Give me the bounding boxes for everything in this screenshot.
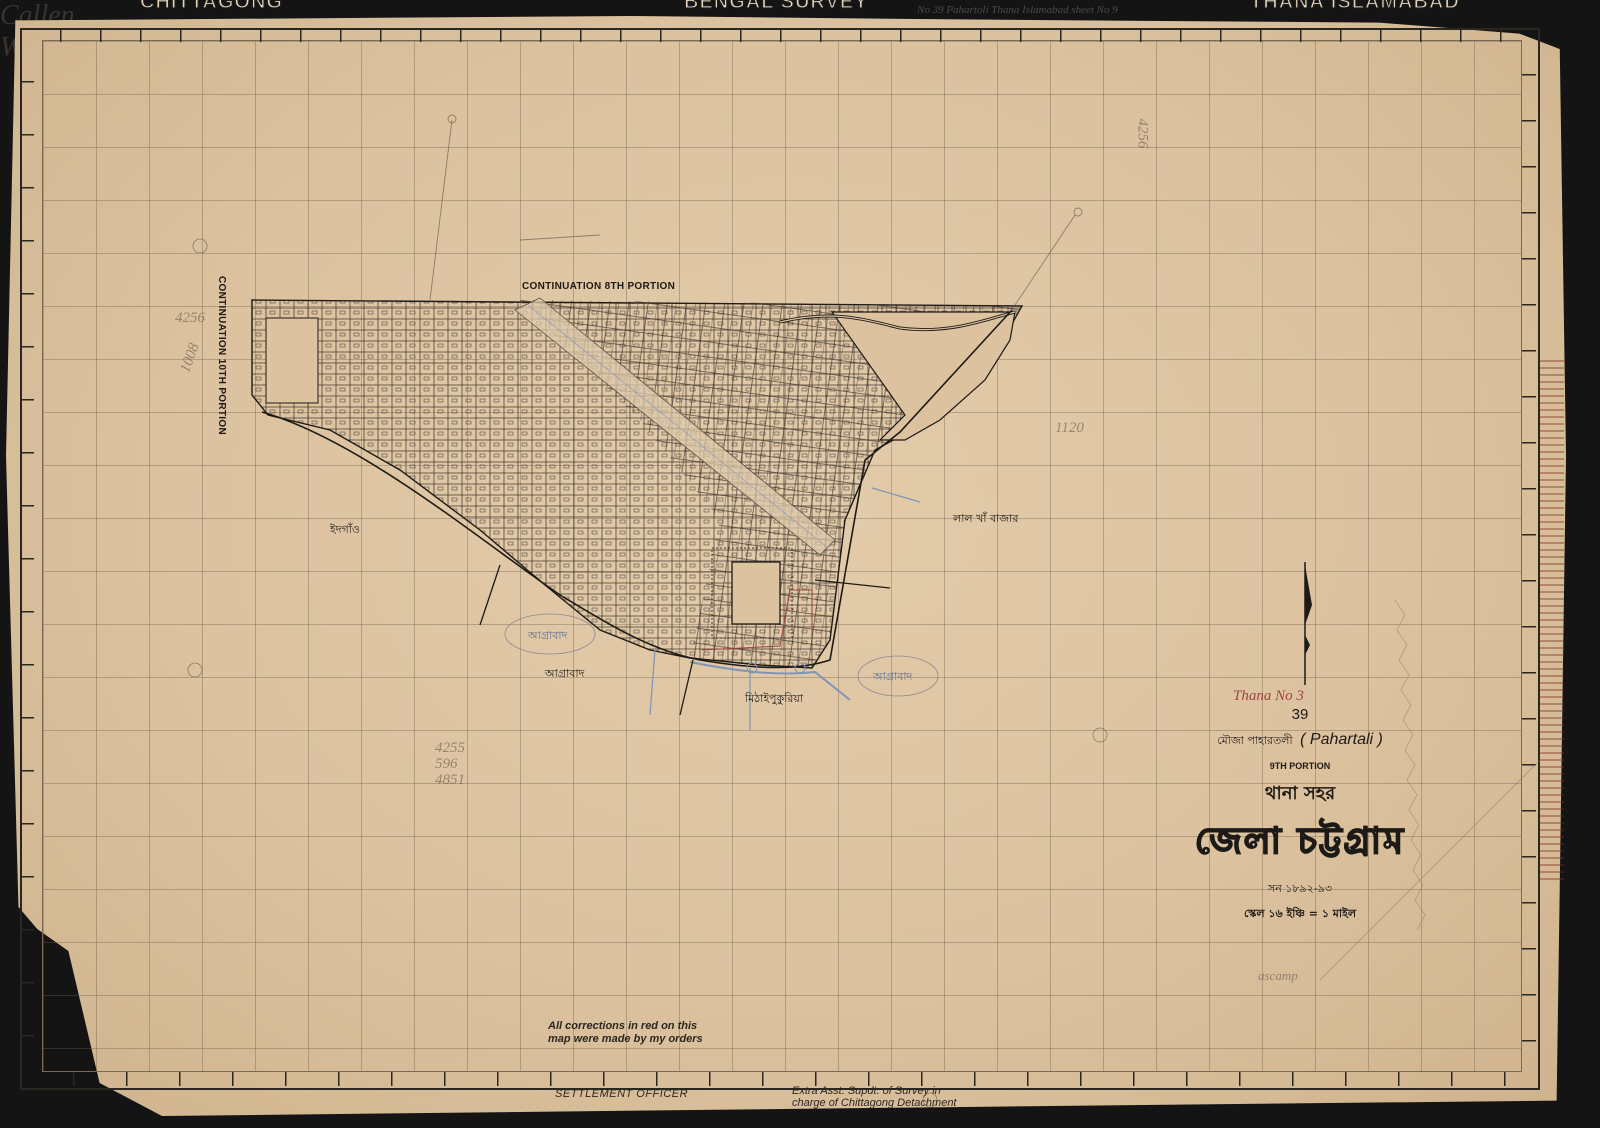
survey-year: সন ১৮৯২-৯৩ bbox=[1170, 880, 1430, 899]
district-name: জেলা চট্টগ্রাম bbox=[1170, 814, 1430, 874]
north-arrow-icon bbox=[1305, 562, 1312, 685]
survey-construction-lines bbox=[430, 115, 1082, 305]
settlement-officer-title: SETTLEMENT OFFICER bbox=[555, 1088, 688, 1100]
sheet-number: 39 bbox=[1170, 706, 1430, 723]
tank-plot bbox=[732, 562, 780, 624]
place-label-mithai-pukuria: মিঠাইপুকুরিয়া bbox=[745, 690, 803, 709]
pencil-note-right: 1120 bbox=[1055, 420, 1084, 437]
correction-note: All corrections in red on this map were … bbox=[548, 1020, 703, 1046]
place-label-blue-oval-right: আগ্রাবাদ bbox=[873, 668, 912, 687]
place-label-idgaon: ইদগাঁও bbox=[330, 521, 360, 540]
continuation-10th-portion-label: CONTINUATION 10TH PORTION bbox=[216, 276, 227, 435]
map-scale: স্কেল ১৬ ইঞ্চি = ১ মাইল bbox=[1170, 905, 1430, 924]
place-label-lalkhan-bazar: লাল খাঁ বাজার bbox=[953, 510, 1018, 529]
title-block: 39 মৌজা পাহারতলী ( Pahartali ) 9TH PORTI… bbox=[1170, 700, 1430, 924]
mouza-name: মৌজা পাহারতলী ( Pahartali ) bbox=[1170, 731, 1430, 751]
survey-officer-title: Extra Asst. Supdt. of Survey in charge o… bbox=[792, 1085, 957, 1109]
continuation-8th-portion-label: CONTINUATION 8TH PORTION bbox=[522, 281, 675, 292]
cadastral-map-drawing bbox=[0, 0, 1600, 1128]
mouza-name-latin: ( Pahartali ) bbox=[1300, 731, 1383, 748]
place-label-agrabad: আগ্রাবাদ bbox=[545, 665, 584, 684]
pencil-note-lower-right: ascamp bbox=[1258, 968, 1298, 984]
mouza-name-bengali: মৌজা পাহারতলী bbox=[1217, 734, 1293, 747]
portion-label: 9TH PORTION bbox=[1170, 761, 1430, 771]
thana-name: থানা সহর bbox=[1170, 779, 1430, 810]
pencil-calculation-left: 4256 1008 bbox=[175, 298, 205, 378]
pencil-note-top: 4256 bbox=[1134, 119, 1151, 149]
place-label-agrabad-blue: আগ্রাবাদ bbox=[528, 627, 567, 646]
pencil-calculation-bottom: 4255 596 4851 bbox=[435, 740, 465, 788]
